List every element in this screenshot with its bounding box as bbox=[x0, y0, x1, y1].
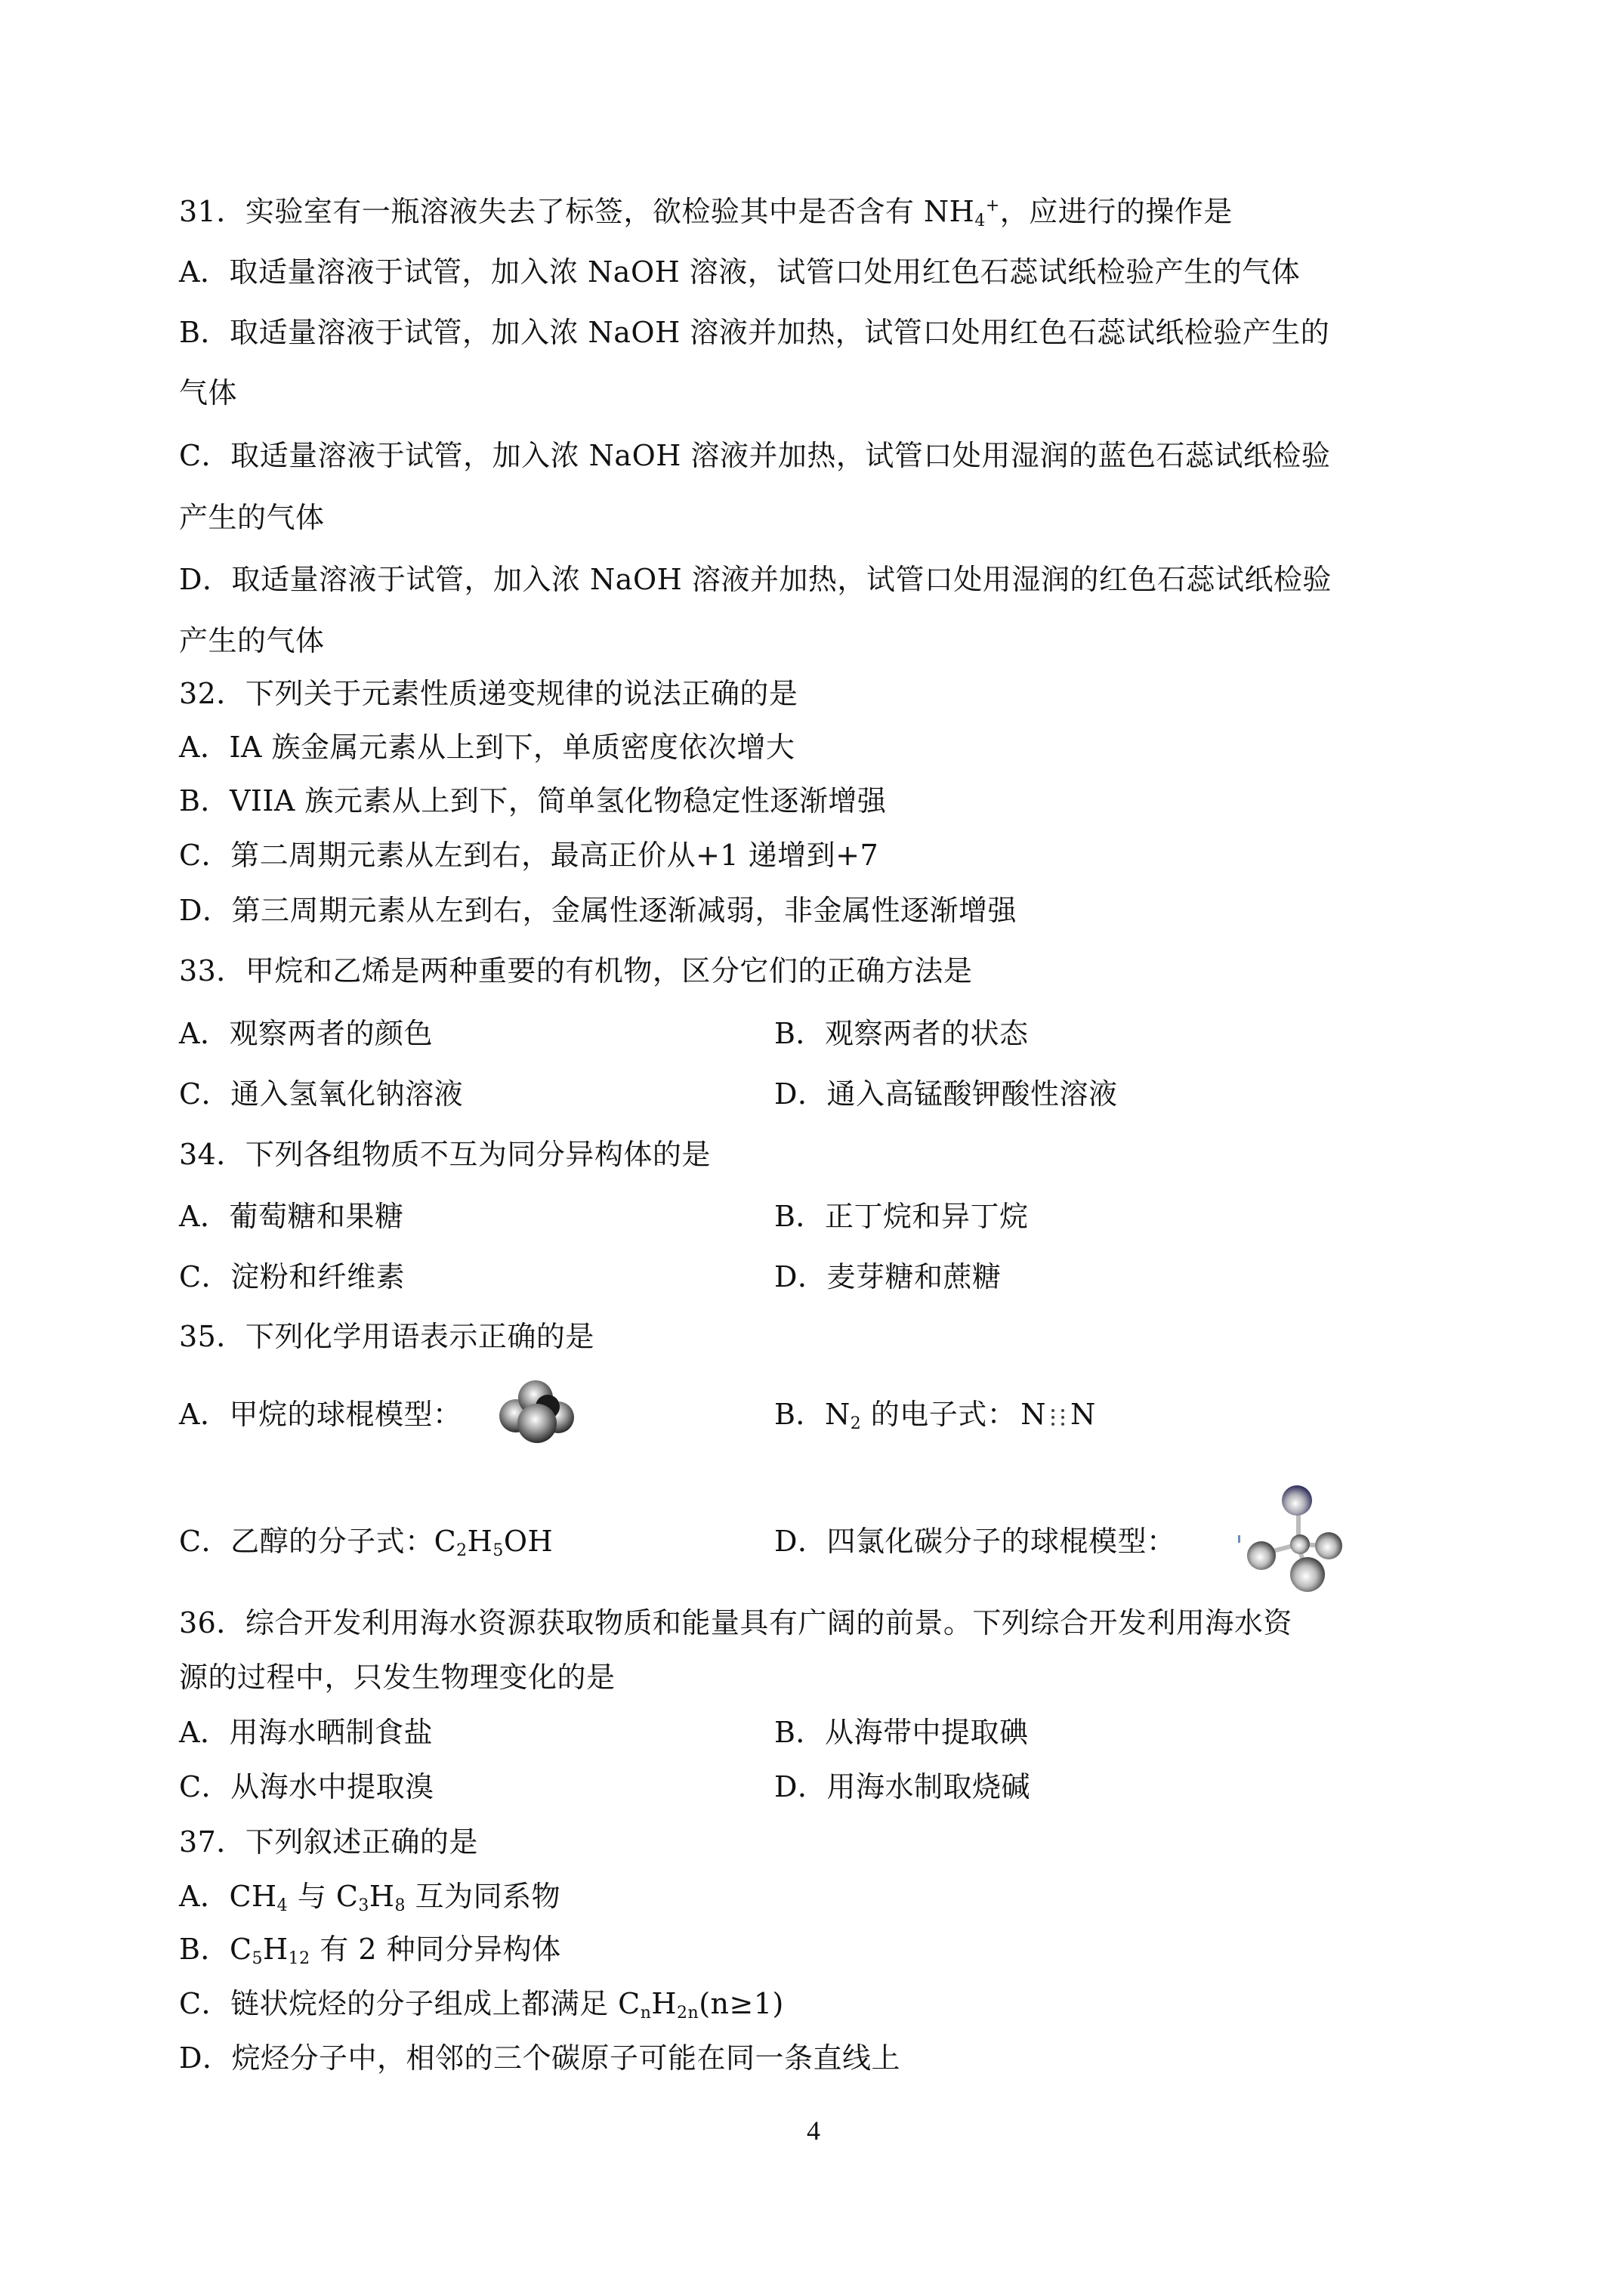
option-label: A． bbox=[179, 1716, 229, 1749]
question-31-option-a[interactable]: A．取适量溶液于试管，加入浓 NaOH 溶液，试管口处用红色石蕊试纸检验产生的气… bbox=[179, 249, 1300, 295]
methane-model-image bbox=[495, 1377, 578, 1446]
option-text: 取适量溶液于试管，加入浓 NaOH 溶液并加热，试管口处用湿润的蓝色石蕊试纸检验 bbox=[230, 439, 1330, 472]
option-text: 甲烷的球棍模型： bbox=[229, 1398, 462, 1431]
page-number: 4 bbox=[807, 2109, 820, 2152]
formula-text: H bbox=[651, 1987, 677, 2020]
formula-text: OH bbox=[504, 1525, 553, 1558]
option-text: VIIA 族元素从上到下，简单氢化物稳定性逐渐增强 bbox=[230, 784, 887, 817]
option-text: 取适量溶液于试管，加入浓 NaOH 溶液并加热，试管口处用湿润的红色石蕊试纸检验 bbox=[231, 563, 1331, 596]
question-36-option-a[interactable]: A．用海水晒制食盐 bbox=[179, 1710, 433, 1755]
subscript: 2 bbox=[456, 1541, 468, 1560]
option-label: B． bbox=[774, 1716, 825, 1749]
option-label: C． bbox=[179, 439, 230, 472]
formula-text: (n≥1) bbox=[699, 1987, 784, 2020]
question-34-option-c[interactable]: C．淀粉和纤维素 bbox=[179, 1254, 405, 1299]
option-text: 观察两者的状态 bbox=[825, 1017, 1029, 1050]
option-label: D． bbox=[179, 2041, 231, 2075]
option-text: 正丁烷和异丁烷 bbox=[825, 1200, 1029, 1233]
option-label: B． bbox=[774, 1017, 825, 1050]
option-text: 乙醇的分子式： bbox=[230, 1525, 434, 1558]
subscript: 5 bbox=[252, 1949, 264, 1968]
option-label: C． bbox=[179, 1525, 230, 1558]
subscript: 8 bbox=[395, 1896, 406, 1915]
question-35-stem: 35．下列化学用语表示正确的是 bbox=[179, 1314, 594, 1359]
question-31-stem: 31．实验室有一瓶溶液失去了标签，欲检验其中是否含有 NH4+，应进行的操作是 bbox=[179, 189, 1233, 234]
subscript: 4 bbox=[277, 1896, 289, 1915]
option-label: C． bbox=[179, 1987, 230, 2020]
question-31-option-d-cont: 产生的气体 bbox=[179, 618, 325, 663]
stem-text: ，应进行的操作是 bbox=[1000, 195, 1233, 228]
question-36-stem-cont: 源的过程中，只发生物理变化的是 bbox=[179, 1655, 616, 1700]
subscript: 5 bbox=[492, 1541, 504, 1560]
question-34-option-b[interactable]: B．正丁烷和异丁烷 bbox=[774, 1194, 1028, 1239]
formula-text: 与 C bbox=[288, 1880, 358, 1913]
formula-text: C bbox=[230, 1933, 252, 1966]
question-36-stem: 36．综合开发利用海水资源获取物质和能量具有广阔的前景。下列综合开发利用海水资 bbox=[179, 1600, 1292, 1646]
option-text: 取适量溶液于试管，加入浓 NaOH 溶液，试管口处用红色石蕊试纸检验产生的气体 bbox=[229, 255, 1300, 289]
option-label: C． bbox=[179, 1260, 230, 1293]
question-31-option-c-cont: 产生的气体 bbox=[179, 495, 325, 540]
question-34-option-a[interactable]: A．葡萄糖和果糖 bbox=[179, 1194, 403, 1239]
option-label: A． bbox=[179, 1200, 229, 1233]
option-text: 从海带中提取碘 bbox=[825, 1716, 1029, 1749]
option-label: D． bbox=[774, 1770, 826, 1803]
option-label: A． bbox=[179, 1398, 229, 1431]
formula-text: H bbox=[263, 1933, 289, 1966]
option-text: 链状烷烃的分子组成上都满足 C bbox=[230, 1987, 641, 2020]
option-label: A． bbox=[179, 731, 229, 764]
option-text: 有 2 种同分异构体 bbox=[310, 1933, 561, 1966]
question-37-option-b[interactable]: B．C5H12 有 2 种同分异构体 bbox=[179, 1927, 561, 1972]
option-text: 用海水晒制食盐 bbox=[229, 1716, 433, 1749]
option-label: A． bbox=[179, 1880, 229, 1913]
option-label: A． bbox=[179, 255, 229, 289]
option-text: 用海水制取烧碱 bbox=[826, 1770, 1030, 1803]
question-32-option-c[interactable]: C．第二周期元素从左到右，最高正价从+1 递增到+7 bbox=[179, 833, 878, 878]
question-31-option-c[interactable]: C．取适量溶液于试管，加入浓 NaOH 溶液并加热，试管口处用湿润的蓝色石蕊试纸… bbox=[179, 433, 1330, 478]
formula-text: H bbox=[468, 1525, 493, 1558]
question-33-option-c[interactable]: C．通入氢氧化钠溶液 bbox=[179, 1071, 463, 1117]
option-text: 淀粉和纤维素 bbox=[230, 1260, 405, 1293]
question-31-option-b[interactable]: B．取适量溶液于试管，加入浓 NaOH 溶液并加热，试管口处用红色石蕊试纸检验产… bbox=[179, 310, 1329, 355]
option-label: C． bbox=[179, 1770, 230, 1803]
option-text: 观察两者的颜色 bbox=[229, 1017, 433, 1050]
question-37-option-a[interactable]: A．CH4 与 C3H8 互为同系物 bbox=[179, 1874, 560, 1919]
option-label: D． bbox=[774, 1525, 826, 1558]
question-33-option-b[interactable]: B．观察两者的状态 bbox=[774, 1011, 1028, 1056]
option-label: A． bbox=[179, 1017, 229, 1050]
option-text: 通入氢氧化钠溶液 bbox=[230, 1077, 463, 1111]
superscript: + bbox=[986, 196, 1000, 215]
option-label: B． bbox=[774, 1398, 825, 1431]
question-37-stem: 37．下列叙述正确的是 bbox=[179, 1819, 478, 1865]
stem-text: 31．实验室有一瓶溶液失去了标签，欲检验其中是否含有 NH bbox=[179, 195, 974, 228]
question-36-option-d[interactable]: D．用海水制取烧碱 bbox=[774, 1764, 1030, 1809]
question-31-option-d[interactable]: D．取适量溶液于试管，加入浓 NaOH 溶液并加热，试管口处用湿润的红色石蕊试纸… bbox=[179, 557, 1332, 602]
option-text: 第二周期元素从左到右，最高正价从+1 递增到+7 bbox=[230, 839, 878, 872]
option-label: B． bbox=[179, 784, 230, 817]
option-label: B． bbox=[179, 316, 230, 349]
carbon-tetrachloride-ball-stick-model-icon bbox=[1227, 1482, 1360, 1596]
option-text: 烷烃分子中，相邻的三个碳原子可能在同一条直线上 bbox=[231, 2041, 900, 2075]
question-32-stem: 32．下列关于元素性质递变规律的说法正确的是 bbox=[179, 671, 798, 716]
option-label: C． bbox=[179, 839, 230, 872]
question-35-option-c[interactable]: C．乙醇的分子式：C2H5OH bbox=[179, 1519, 553, 1564]
question-37-option-d[interactable]: D．烷烃分子中，相邻的三个碳原子可能在同一条直线上 bbox=[179, 2035, 900, 2081]
question-36-option-c[interactable]: C．从海水中提取溴 bbox=[179, 1764, 434, 1809]
option-text: 麦芽糖和蔗糖 bbox=[826, 1260, 1001, 1293]
option-label: D． bbox=[774, 1077, 826, 1111]
option-label: C． bbox=[179, 1077, 230, 1111]
question-33-stem: 33．甲烷和乙烯是两种重要的有机物，区分它们的正确方法是 bbox=[179, 948, 972, 994]
subscript: 2n bbox=[677, 2004, 699, 2023]
option-text: 第三周期元素从左到右，金属性逐渐减弱，非金属性逐渐增强 bbox=[231, 894, 1017, 927]
option-label: B． bbox=[774, 1200, 825, 1233]
formula-text: N bbox=[825, 1398, 851, 1431]
option-label: B． bbox=[179, 1933, 230, 1966]
question-36-option-b[interactable]: B．从海带中提取碘 bbox=[774, 1710, 1028, 1755]
option-text: 葡萄糖和果糖 bbox=[229, 1200, 403, 1233]
question-32-option-a[interactable]: A．IA 族金属元素从上到下，单质密度依次增大 bbox=[179, 725, 795, 770]
question-37-option-c[interactable]: C．链状烷烃的分子组成上都满足 CnH2n(n≥1) bbox=[179, 1981, 784, 2026]
question-34-stem: 34．下列各组物质不互为同分异构体的是 bbox=[179, 1132, 711, 1177]
option-text: 的电子式： bbox=[861, 1398, 1016, 1431]
option-text: 取适量溶液于试管，加入浓 NaOH 溶液并加热，试管口处用红色石蕊试纸检验产生的 bbox=[230, 316, 1329, 349]
option-label: D． bbox=[179, 563, 231, 596]
question-33-option-d[interactable]: D．通入高锰酸钾酸性溶液 bbox=[774, 1071, 1117, 1117]
question-34-option-d[interactable]: D．麦芽糖和蔗糖 bbox=[774, 1254, 1001, 1299]
option-text: IA 族金属元素从上到下，单质密度依次增大 bbox=[229, 731, 795, 764]
question-35-option-d[interactable]: D．四氯化碳分子的球棍模型： bbox=[774, 1519, 1175, 1564]
methane-space-filling-model-icon bbox=[495, 1377, 578, 1446]
formula-text: CH bbox=[229, 1880, 276, 1913]
question-32-option-d[interactable]: D．第三周期元素从左到右，金属性逐渐减弱，非金属性逐渐增强 bbox=[179, 888, 1017, 933]
option-text: 互为同系物 bbox=[406, 1880, 560, 1913]
option-text: 通入高锰酸钾酸性溶液 bbox=[826, 1077, 1117, 1111]
option-label: D． bbox=[179, 894, 231, 927]
question-35-option-b[interactable]: B．N2 的电子式：NN bbox=[774, 1392, 1096, 1437]
formula-text: H bbox=[369, 1880, 395, 1913]
question-32-option-b[interactable]: B．VIIA 族元素从上到下，简单氢化物稳定性逐渐增强 bbox=[179, 778, 886, 824]
subscript: n bbox=[641, 2004, 652, 2023]
subscript: 3 bbox=[358, 1896, 369, 1915]
question-35-option-a[interactable]: A．甲烷的球棍模型： bbox=[179, 1392, 462, 1437]
subscript: 4 bbox=[974, 212, 986, 230]
question-33-option-a[interactable]: A．观察两者的颜色 bbox=[179, 1011, 433, 1056]
subscript: 12 bbox=[289, 1949, 310, 1968]
option-text: 从海水中提取溴 bbox=[230, 1770, 434, 1803]
question-31-option-b-cont: 气体 bbox=[179, 370, 237, 416]
n2-electron-formula: NN bbox=[1020, 1398, 1096, 1431]
formula-text: C bbox=[434, 1525, 457, 1558]
subscript: 2 bbox=[851, 1414, 862, 1433]
option-text: 四氯化碳分子的球棍模型： bbox=[826, 1525, 1175, 1558]
ccl4-model-image bbox=[1227, 1482, 1360, 1596]
shared-electron-pairs-icon bbox=[1048, 1406, 1068, 1429]
option-label: D． bbox=[774, 1260, 826, 1293]
